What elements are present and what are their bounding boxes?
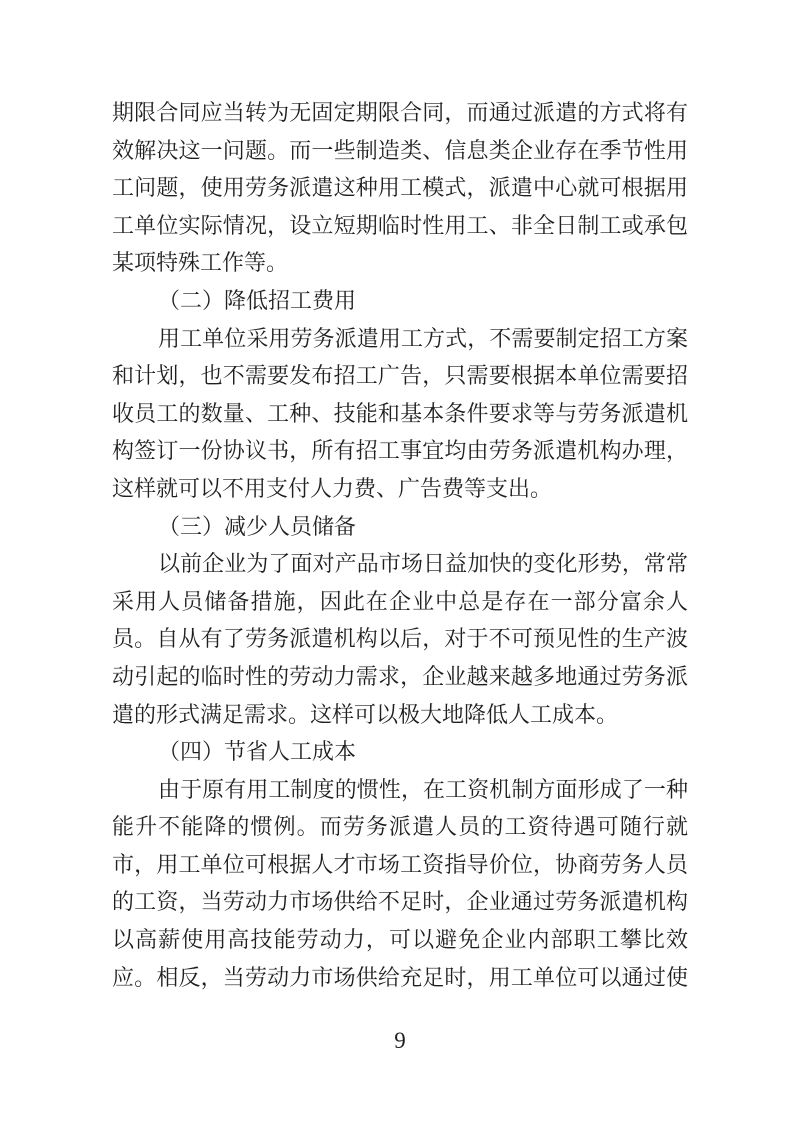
text-line: 构签订一份协议书，所有招工事宜均由劳务派遣机构办理， [112, 432, 688, 470]
text-line: 以高薪使用高技能劳动力，可以避免企业内部职工攀比效 [112, 921, 688, 959]
page-number: 9 [112, 1026, 688, 1056]
text-line: 以前企业为了面对产品市场日益加快的变化形势，常常 [112, 545, 688, 583]
text-line: 采用人员储备措施，因此在企业中总是存在一部分富余人 [112, 583, 688, 621]
text-line: 应。相反，当劳动力市场供给充足时，用工单位可以通过使 [112, 959, 688, 997]
text-line: 用工单位采用劳务派遣用工方式，不需要制定招工方案 [112, 320, 688, 358]
section-heading: （二）降低招工费用 [112, 282, 688, 320]
text-line: 的工资，当劳动力市场供给不足时，企业通过劳务派遣机构 [112, 883, 688, 921]
text-line: 由于原有用工制度的惯性，在工资机制方面形成了一种 [112, 771, 688, 809]
text-line: 工单位实际情况，设立短期临时性用工、非全日制工或承包 [112, 207, 688, 245]
text-line: 效解决这一问题。而一些制造类、信息类企业存在季节性用 [112, 132, 688, 170]
document-text-block: 期限合同应当转为无固定期限合同，而通过派遣的方式将有效解决这一问题。而一些制造类… [112, 94, 688, 996]
document-page: 期限合同应当转为无固定期限合同，而通过派遣的方式将有效解决这一问题。而一些制造类… [0, 0, 793, 1122]
text-line: 员。自从有了劳务派遣机构以后，对于不可预见性的生产波 [112, 620, 688, 658]
text-line: 能升不能降的惯例。而劳务派遣人员的工资待遇可随行就 [112, 808, 688, 846]
text-line: 期限合同应当转为无固定期限合同，而通过派遣的方式将有 [112, 94, 688, 132]
text-line: 某项特殊工作等。 [112, 244, 688, 282]
section-heading: （四）节省人工成本 [112, 733, 688, 771]
section-heading: （三）减少人员储备 [112, 508, 688, 546]
text-line: 遣的形式满足需求。这样可以极大地降低人工成本。 [112, 696, 688, 734]
text-line: 收员工的数量、工种、技能和基本条件要求等与劳务派遣机 [112, 395, 688, 433]
text-line: 市，用工单位可根据人才市场工资指导价位，协商劳务人员 [112, 846, 688, 884]
text-line: 这样就可以不用支付人力费、广告费等支出。 [112, 470, 688, 508]
text-line: 和计划，也不需要发布招工广告，只需要根据本单位需要招 [112, 357, 688, 395]
text-line: 工问题，使用劳务派遣这种用工模式，派遣中心就可根据用 [112, 169, 688, 207]
text-line: 动引起的临时性的劳动力需求，企业越来越多地通过劳务派 [112, 658, 688, 696]
